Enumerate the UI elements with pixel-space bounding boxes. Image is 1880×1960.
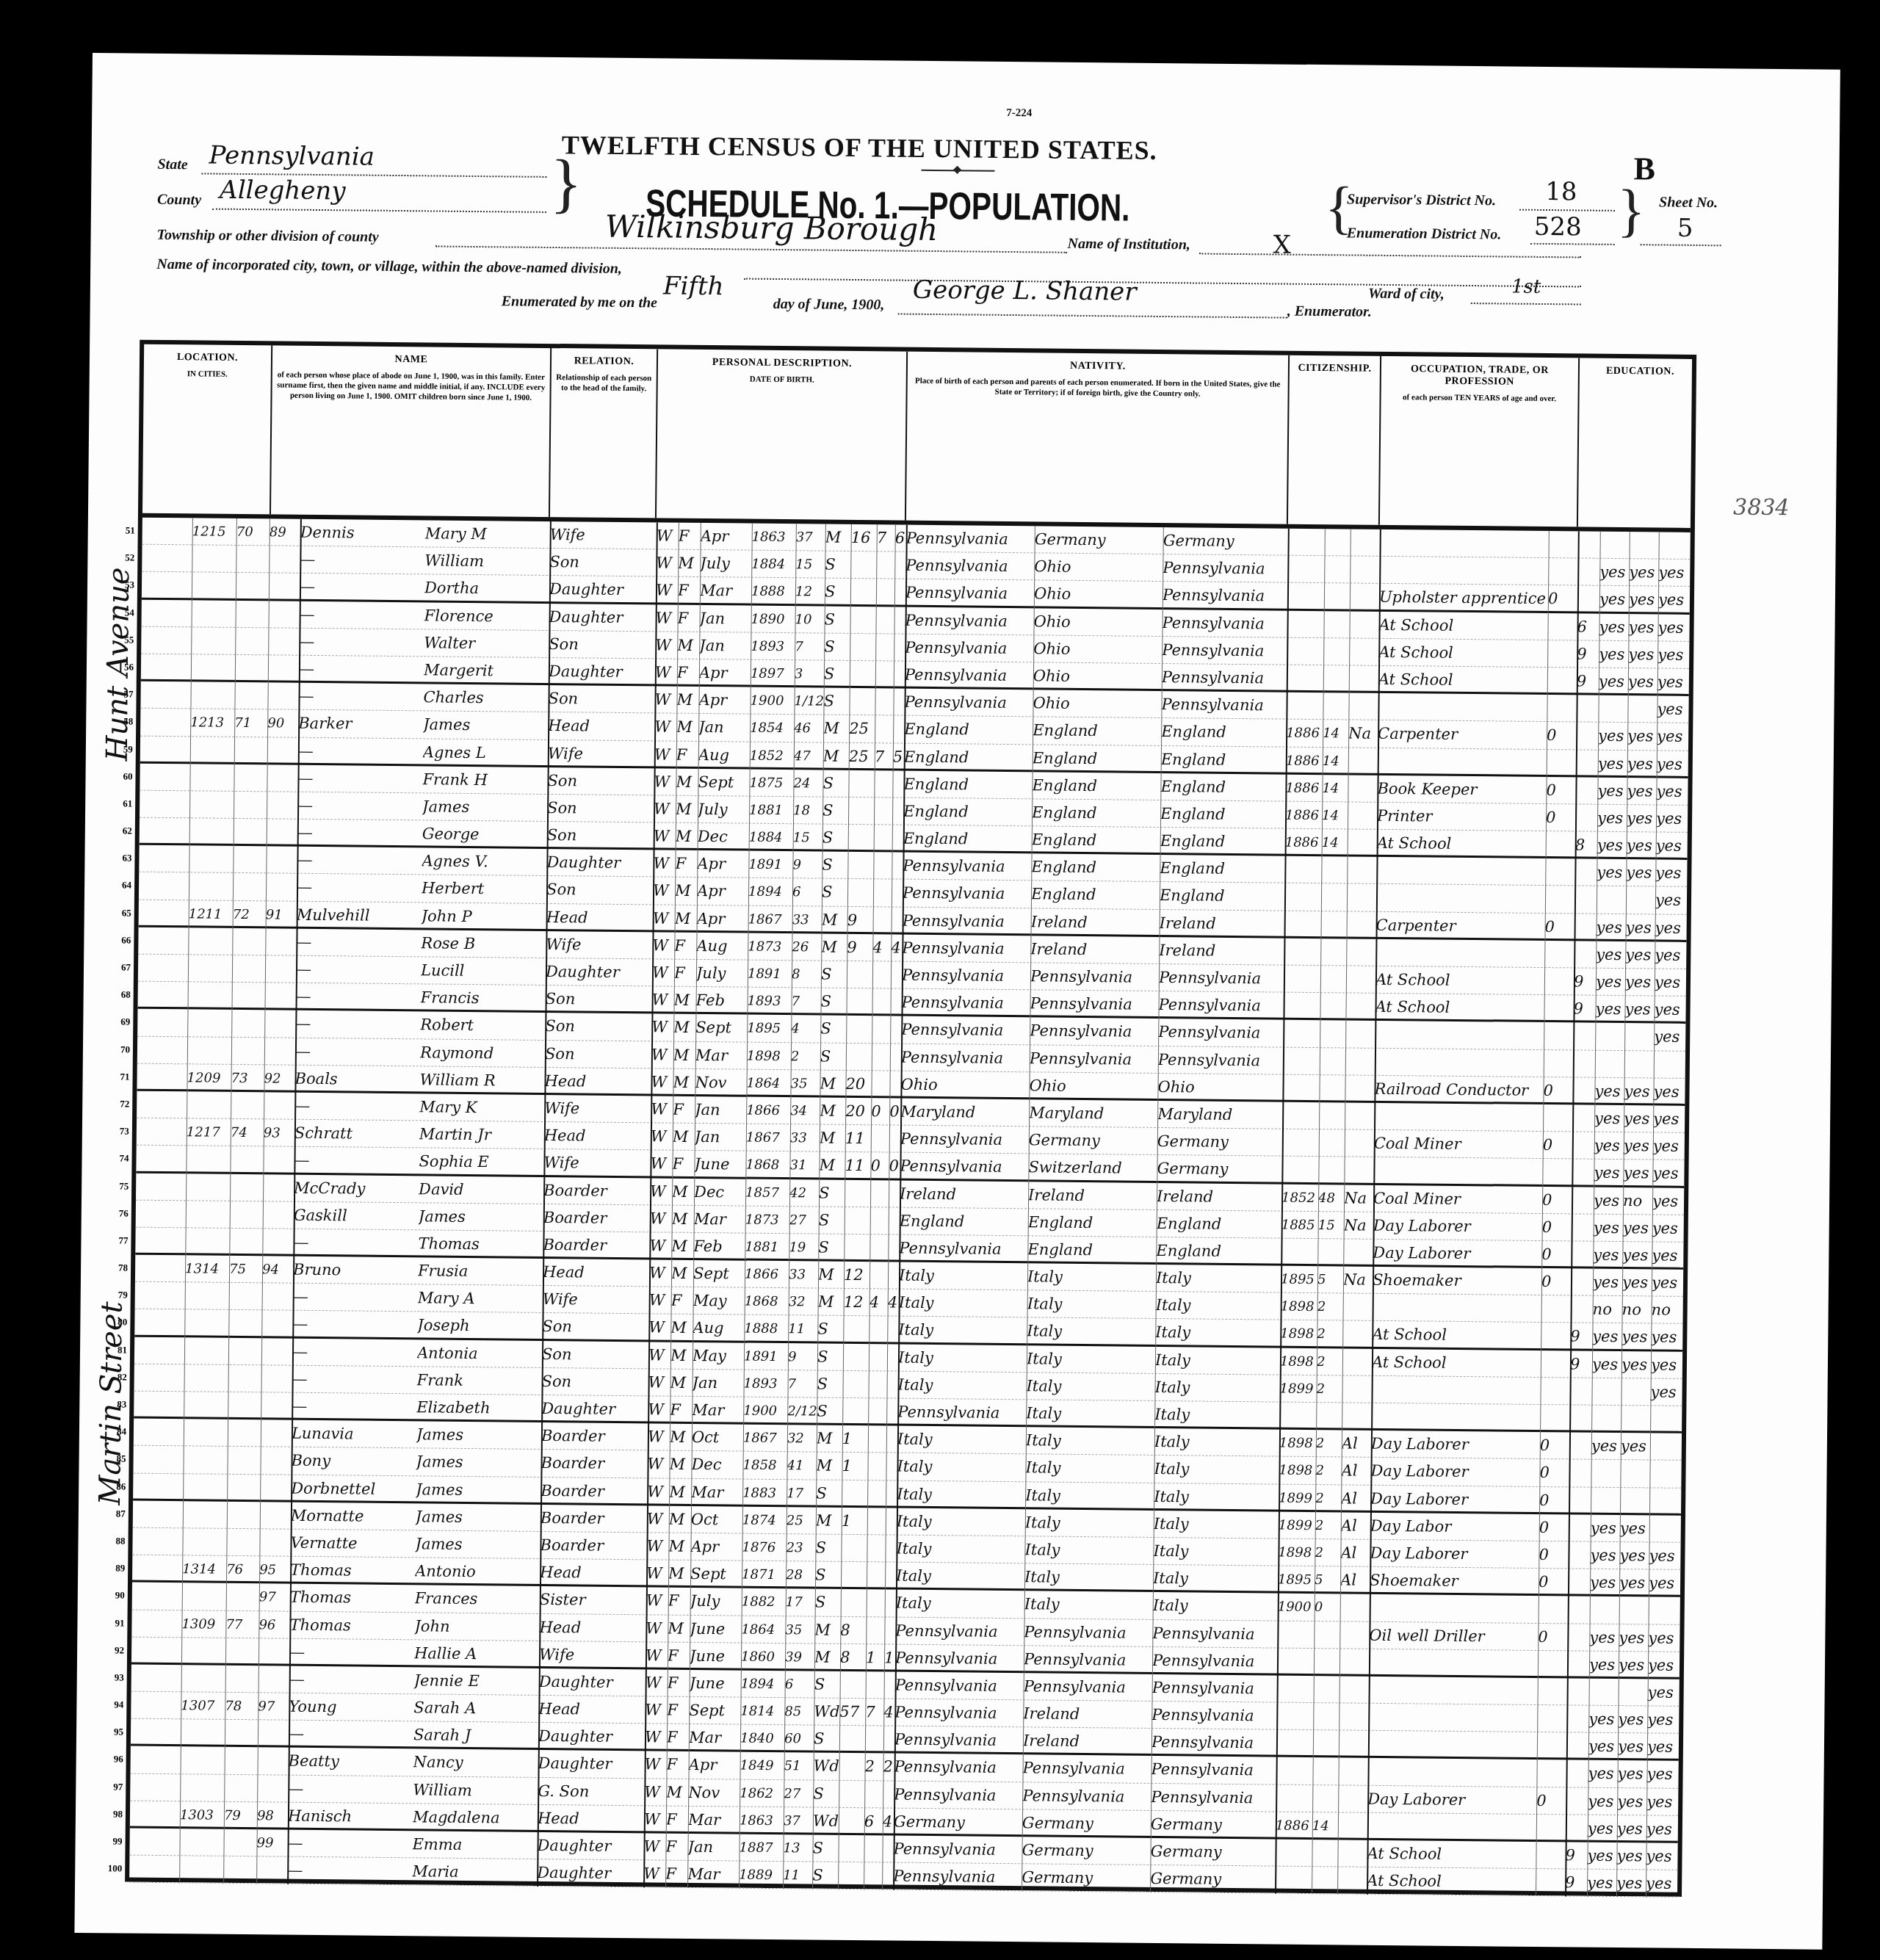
cell-write: yes bbox=[1624, 1078, 1653, 1104]
cell-english: yes bbox=[1657, 668, 1687, 694]
line-number: 96 bbox=[101, 1754, 123, 1765]
cell-english: yes bbox=[1646, 1843, 1675, 1870]
cell-mother-birth: Pennsylvania bbox=[1163, 554, 1287, 582]
cell-year: 1840 bbox=[740, 1725, 784, 1751]
cell-months-unemp bbox=[1547, 668, 1577, 693]
cell-relation: Son bbox=[547, 822, 654, 848]
cell-month: Jan bbox=[687, 1834, 739, 1861]
cell-occupation bbox=[1368, 1731, 1537, 1757]
cell-year: 1887 bbox=[739, 1834, 783, 1862]
cell-school bbox=[1566, 1815, 1588, 1840]
cell-mother-of bbox=[873, 853, 892, 879]
cell-imm-year bbox=[1281, 1157, 1318, 1182]
group-relation: RELATION.Relationship of each person to … bbox=[550, 348, 658, 518]
enumerator-label: , Enumerator. bbox=[1287, 303, 1372, 321]
cell-year: 1874 bbox=[742, 1506, 787, 1533]
cell-sex: F bbox=[676, 741, 698, 766]
cell-age: 11 bbox=[788, 1316, 817, 1342]
cell-age: 27 bbox=[789, 1207, 819, 1234]
cell-month: Sept bbox=[698, 769, 749, 796]
cell-month: Aug bbox=[693, 1314, 744, 1340]
cell-write: yes bbox=[1619, 1569, 1649, 1595]
line-number: 72 bbox=[107, 1098, 129, 1110]
cell-months-unemp bbox=[1545, 858, 1574, 886]
cell-color: W bbox=[654, 687, 676, 713]
cell-english bbox=[1654, 1051, 1683, 1078]
cell-month: Jan bbox=[695, 1124, 746, 1151]
cell-write: yes bbox=[1626, 859, 1655, 886]
cell-yrs-married bbox=[850, 661, 875, 687]
cell-yrs-married: 16 bbox=[851, 524, 877, 552]
cell-relation: Wife bbox=[550, 521, 657, 549]
cell-sex: M bbox=[678, 550, 700, 576]
cell-sex: M bbox=[676, 768, 698, 795]
cell-relation: Daughter bbox=[537, 1832, 643, 1860]
cell-given: Margerit bbox=[424, 657, 549, 683]
cell-dwelling: 70 bbox=[236, 518, 270, 546]
cell-surname: Schratt bbox=[294, 1120, 419, 1148]
cell-year: 1900 bbox=[743, 1397, 787, 1423]
cell-months-unemp: 0 bbox=[1545, 914, 1574, 939]
cell-surname: — bbox=[297, 792, 422, 820]
cell-write bbox=[1620, 1460, 1649, 1487]
cell-house bbox=[187, 1091, 231, 1118]
cell-school bbox=[1572, 1187, 1594, 1213]
cell-relation: Son bbox=[547, 767, 654, 795]
cell-month: Apr bbox=[699, 659, 751, 685]
cell-mother-birth: Pennsylvania bbox=[1162, 637, 1287, 665]
cell-natz: Al bbox=[1341, 1512, 1370, 1539]
cell-school bbox=[1567, 1624, 1589, 1650]
cell-occupation: At School bbox=[1372, 1348, 1541, 1376]
cell-natz bbox=[1345, 994, 1375, 1019]
cell-sex: M bbox=[675, 878, 697, 904]
cell-yrs-us bbox=[1320, 1048, 1345, 1075]
cell-imm-year: 1895 bbox=[1281, 1266, 1317, 1293]
cell-marital: S bbox=[825, 579, 850, 604]
cell-family bbox=[267, 819, 296, 845]
cell-english bbox=[1649, 1488, 1679, 1514]
cell-english: yes bbox=[1649, 1542, 1678, 1569]
cell-natz bbox=[1342, 1348, 1372, 1375]
cell-dwelling: 77 bbox=[225, 1610, 258, 1638]
cell-read bbox=[1590, 1596, 1619, 1624]
cell-write: yes bbox=[1627, 778, 1656, 805]
cell-month: Dec bbox=[691, 1451, 742, 1478]
cell-natz: Al bbox=[1340, 1539, 1370, 1566]
cell-mother-birth: Pennsylvania bbox=[1152, 1647, 1277, 1674]
cell-yrs-us: 2 bbox=[1317, 1293, 1343, 1320]
cell-yrs-married: 8 bbox=[840, 1644, 866, 1670]
cell-birth: Pennsylvania bbox=[894, 1754, 1022, 1782]
cell-dwelling bbox=[234, 792, 267, 819]
cell-yrs-married bbox=[848, 825, 874, 850]
cell-months-unemp bbox=[1536, 1815, 1566, 1840]
cell-natz bbox=[1350, 584, 1379, 610]
cell-yrs-us bbox=[1320, 1020, 1345, 1047]
cell-write: yes bbox=[1617, 1788, 1646, 1815]
cell-dwelling bbox=[235, 628, 268, 655]
cell-marital: S bbox=[821, 961, 847, 988]
cell-school bbox=[1575, 804, 1597, 831]
cell-house bbox=[185, 1283, 229, 1310]
cell-write: yes bbox=[1626, 914, 1655, 940]
cell-house bbox=[191, 654, 235, 680]
cell-age: 8 bbox=[792, 961, 821, 988]
cell-age: 27 bbox=[784, 1780, 813, 1807]
cell-months-unemp bbox=[1542, 1159, 1572, 1185]
cell-age: 37 bbox=[796, 524, 825, 551]
cell-yrs-us bbox=[1312, 1757, 1338, 1784]
cell-marital: S bbox=[823, 688, 849, 715]
cell-surname: — bbox=[295, 1010, 420, 1038]
cell-sex: F bbox=[672, 1151, 694, 1176]
cell-father-birth: Italy bbox=[1026, 1400, 1154, 1426]
cell-school: 9 bbox=[1565, 1842, 1587, 1868]
cell-birth: Pennsylvania bbox=[903, 880, 1031, 908]
cell-mother-birth: England bbox=[1156, 1237, 1281, 1264]
cell-imm-year: 1886 bbox=[1285, 829, 1322, 855]
cell-write: yes bbox=[1619, 1624, 1648, 1652]
cell-family: 97 bbox=[258, 1693, 287, 1720]
cell-color: W bbox=[645, 1724, 667, 1749]
cell-color: W bbox=[646, 1642, 668, 1667]
state-label: State bbox=[157, 156, 187, 173]
cell-color: W bbox=[655, 659, 677, 684]
cell-color: W bbox=[656, 550, 678, 576]
cell-family bbox=[260, 1502, 289, 1529]
cell-family bbox=[269, 546, 298, 574]
cell-relation: Head bbox=[539, 1613, 646, 1641]
cell-color: W bbox=[653, 850, 675, 877]
line-number: 93 bbox=[102, 1671, 124, 1683]
line-number: 97 bbox=[101, 1781, 123, 1793]
cell-birth: Pennsylvania bbox=[894, 1699, 1023, 1727]
cell-mother-birth: England bbox=[1160, 828, 1285, 854]
cell-age: 15 bbox=[793, 824, 822, 850]
cell-father-birth: England bbox=[1032, 799, 1160, 827]
cell-mother-birth: Pennsylvania bbox=[1158, 991, 1283, 1018]
cell-marital: S bbox=[824, 661, 850, 687]
cell-surname: — bbox=[292, 1366, 417, 1394]
cell-natz: Al bbox=[1341, 1485, 1370, 1511]
cell-father-birth: Switzerland bbox=[1028, 1154, 1157, 1181]
population-table: LOCATION.IN CITIES. NAMEof each person w… bbox=[125, 340, 1696, 1897]
cell-yrs-married bbox=[846, 1016, 872, 1043]
cell-birth: Pennsylvania bbox=[900, 1153, 1028, 1179]
cell-write bbox=[1619, 1596, 1649, 1624]
cell-marital: M bbox=[816, 1453, 842, 1480]
cell-mother-of bbox=[867, 1453, 886, 1480]
cell-yrs-us: 0 bbox=[1315, 1594, 1340, 1621]
cell-sex: M bbox=[671, 1233, 693, 1258]
cell-house bbox=[179, 1856, 223, 1883]
cell-house bbox=[189, 791, 234, 818]
cell-mother-of bbox=[875, 634, 894, 660]
cell-write: yes bbox=[1622, 1269, 1652, 1296]
cell-father-birth: Italy bbox=[1027, 1263, 1156, 1291]
cell-house bbox=[188, 955, 232, 982]
cell-marital: M bbox=[820, 1070, 845, 1096]
cell-sex: M bbox=[673, 1124, 695, 1150]
cell-year: 1893 bbox=[743, 1370, 787, 1397]
cell-color: W bbox=[656, 577, 678, 602]
cell-given: James bbox=[416, 1476, 540, 1502]
cell-yrs-married bbox=[844, 1234, 869, 1260]
cell-year: 1891 bbox=[748, 961, 792, 988]
cell-natz bbox=[1346, 939, 1375, 966]
cell-months-unemp: 0 bbox=[1541, 1241, 1571, 1267]
cell-natz: Na bbox=[1344, 1212, 1373, 1239]
cell-imm-year bbox=[1276, 1757, 1312, 1784]
cell-color: W bbox=[644, 1806, 666, 1831]
cell-yrs-married: 20 bbox=[845, 1098, 871, 1125]
cell-month: Apr bbox=[697, 850, 748, 878]
cell-school bbox=[1568, 1569, 1590, 1594]
cell-mother-of bbox=[865, 1726, 883, 1751]
cell-occupation: At School bbox=[1375, 966, 1544, 994]
line-number: 68 bbox=[109, 988, 131, 1000]
cell-imm-year: 1885 bbox=[1281, 1211, 1318, 1238]
cell-dwelling bbox=[233, 873, 266, 900]
cell-natz bbox=[1345, 1048, 1375, 1075]
cell-relation: Daughter bbox=[539, 1668, 646, 1696]
group-name: NAMEof each person whose place of abode … bbox=[271, 345, 552, 517]
cell-given: Sarah J bbox=[413, 1722, 538, 1749]
cell-read: yes bbox=[1599, 559, 1629, 586]
cell-yrs-us bbox=[1319, 1129, 1345, 1157]
cell-father-birth: Germany bbox=[1029, 1127, 1157, 1154]
cell-month: June bbox=[690, 1615, 741, 1642]
cell-imm-year bbox=[1287, 665, 1323, 691]
cell-read: yes bbox=[1598, 750, 1627, 775]
cell-family: 96 bbox=[258, 1611, 288, 1638]
cell-family bbox=[258, 1721, 287, 1746]
cell-read: yes bbox=[1593, 1269, 1622, 1296]
cell-mother-of bbox=[869, 1317, 887, 1342]
line-number: 75 bbox=[106, 1180, 129, 1192]
cell-mother-birth: Pennsylvania bbox=[1151, 1756, 1276, 1784]
cell-mother-of bbox=[872, 1016, 890, 1043]
cell-house bbox=[192, 600, 236, 627]
line-number: 60 bbox=[110, 770, 132, 782]
cell-imm-year bbox=[1283, 993, 1320, 1019]
cell-months-unemp: 0 bbox=[1546, 804, 1575, 831]
cell-school bbox=[1569, 1514, 1591, 1541]
cell-read: yes bbox=[1596, 969, 1625, 996]
cell-color: W bbox=[647, 1478, 669, 1503]
cell-school bbox=[1577, 586, 1599, 611]
cell-relation: Wife bbox=[548, 739, 654, 766]
cell-yrs-us bbox=[1323, 611, 1349, 638]
cell-sex: F bbox=[665, 1834, 687, 1860]
cell-family: 90 bbox=[267, 710, 297, 737]
cell-english: yes bbox=[1647, 1679, 1677, 1706]
cell-age: 18 bbox=[793, 797, 822, 824]
cell-mother-birth: Pennsylvania bbox=[1151, 1729, 1276, 1755]
cell-color: W bbox=[644, 1751, 666, 1778]
cell-family: 93 bbox=[264, 1119, 293, 1146]
cell-age: 35 bbox=[790, 1070, 820, 1096]
cell-color: W bbox=[647, 1505, 669, 1532]
cell-dwelling bbox=[225, 1666, 258, 1693]
cell-yrs-married bbox=[847, 961, 872, 988]
cell-occupation: Day Laborer bbox=[1373, 1240, 1541, 1266]
cell-mother-of bbox=[869, 1344, 887, 1370]
cell-given: William bbox=[424, 548, 549, 576]
cell-imm-year: 1898 bbox=[1279, 1457, 1315, 1484]
cell-months-unemp bbox=[1537, 1732, 1566, 1758]
cell-months-unemp: 0 bbox=[1542, 1214, 1572, 1241]
cell-mother-of bbox=[867, 1590, 885, 1616]
cell-color: W bbox=[643, 1833, 665, 1859]
cell-age: 15 bbox=[795, 551, 825, 578]
cell-imm-year bbox=[1283, 1020, 1320, 1047]
cell-color: W bbox=[648, 1342, 670, 1368]
cell-read: no bbox=[1592, 1296, 1621, 1323]
cell-yrs-us: 14 bbox=[1322, 802, 1348, 829]
cell-occupation: Day Laborer bbox=[1370, 1485, 1539, 1511]
cell-house bbox=[189, 764, 234, 791]
cell-family: 97 bbox=[259, 1584, 289, 1611]
cell-imm-year: 1898 bbox=[1280, 1348, 1317, 1375]
cell-sex: M bbox=[676, 687, 698, 713]
cell-mother-of bbox=[867, 1508, 886, 1534]
cell-house bbox=[186, 1201, 230, 1228]
cell-natz bbox=[1348, 802, 1377, 829]
cell-sex: F bbox=[679, 523, 701, 549]
cell-marital: S bbox=[816, 1480, 842, 1505]
cell-family bbox=[263, 1147, 292, 1173]
cell-write: yes bbox=[1621, 1433, 1650, 1460]
cell-marital: S bbox=[822, 852, 847, 879]
cell-given: Elizabeth bbox=[416, 1394, 541, 1420]
cell-marital: S bbox=[815, 1589, 841, 1616]
cell-relation: Son bbox=[545, 1041, 651, 1068]
cell-relation: Daughter bbox=[549, 604, 655, 632]
cell-sex: F bbox=[665, 1861, 687, 1887]
cell-months-unemp bbox=[1548, 531, 1577, 558]
cell-house bbox=[187, 1010, 231, 1037]
cell-marital: S bbox=[817, 1398, 842, 1424]
cell-family bbox=[268, 628, 297, 655]
cell-year: 1867 bbox=[748, 905, 792, 931]
cell-relation: Boarder bbox=[540, 1505, 647, 1533]
cell-write: yes bbox=[1623, 1160, 1652, 1185]
cell-school bbox=[1572, 1104, 1594, 1131]
cell-given: Frank H bbox=[422, 766, 547, 794]
cell-months-unemp bbox=[1536, 1842, 1565, 1869]
line-number: 89 bbox=[103, 1562, 125, 1574]
cell-school bbox=[1572, 1160, 1594, 1185]
table-body: 5112157089DennisMary MWifeWFApr186337M16… bbox=[129, 518, 1691, 1898]
cell-yrs-married: 20 bbox=[845, 1071, 871, 1096]
cell-given: William R bbox=[419, 1066, 544, 1093]
cell-family bbox=[262, 1229, 292, 1254]
cell-mother-birth: Germany bbox=[1157, 1128, 1282, 1156]
cell-yrs-married bbox=[838, 1835, 864, 1862]
cell-relation: Son bbox=[542, 1313, 648, 1339]
cell-year: 1867 bbox=[743, 1425, 787, 1452]
cell-natz bbox=[1349, 611, 1378, 638]
cell-father-birth: Italy bbox=[1025, 1509, 1154, 1537]
cell-mother-of bbox=[868, 1398, 886, 1423]
cell-year: 1852 bbox=[750, 742, 794, 767]
cell-color: W bbox=[654, 741, 676, 766]
cell-father-birth: Pennsylvania bbox=[1022, 1755, 1151, 1783]
cell-yrs-us: 48 bbox=[1318, 1185, 1344, 1212]
cell-given: Rose B bbox=[421, 930, 546, 958]
cell-surname: — bbox=[287, 1857, 412, 1885]
cell-dwelling bbox=[225, 1720, 258, 1746]
cell-house bbox=[184, 1364, 228, 1392]
cell-yrs-married: 57 bbox=[839, 1699, 865, 1726]
cell-english: yes bbox=[1654, 1024, 1683, 1051]
cell-house: 1213 bbox=[190, 709, 234, 737]
cell-read: yes bbox=[1597, 777, 1627, 804]
cell-months-unemp bbox=[1541, 1295, 1570, 1323]
cell-yrs-us: 14 bbox=[1323, 748, 1348, 773]
cell-imm-year bbox=[1275, 1840, 1312, 1867]
cell-color: W bbox=[654, 768, 676, 795]
cell-mother-of bbox=[876, 552, 894, 578]
cell-given: William bbox=[413, 1776, 538, 1804]
cell-read bbox=[1588, 1679, 1618, 1706]
cell-birth: England bbox=[900, 1207, 1028, 1235]
cell-family: 95 bbox=[259, 1556, 289, 1582]
cell-dwelling bbox=[230, 1146, 263, 1172]
cell-birth: England bbox=[903, 770, 1032, 798]
cell-marital: M bbox=[818, 1289, 844, 1316]
cell-color: W bbox=[652, 987, 674, 1012]
cell-given: John P bbox=[422, 903, 546, 929]
cell-imm-year bbox=[1284, 911, 1321, 936]
cell-natz: Na bbox=[1348, 720, 1378, 748]
line-number: 71 bbox=[108, 1071, 130, 1082]
cell-father-birth: Maryland bbox=[1029, 1099, 1157, 1127]
cell-surname: Dennis bbox=[300, 519, 425, 547]
cell-house: 1209 bbox=[187, 1064, 231, 1090]
cell-age: 7 bbox=[791, 988, 820, 1013]
group-personal-description: PERSONAL DESCRIPTION.DATE OF BIRTH. bbox=[657, 349, 908, 520]
cell-month: Mar bbox=[687, 1861, 739, 1888]
cell-father-birth: Ireland bbox=[1031, 908, 1160, 935]
cell-year: 1854 bbox=[750, 715, 794, 742]
cell-dwelling bbox=[227, 1474, 260, 1500]
cell-dwelling bbox=[232, 983, 265, 1008]
cell-mother-birth: Pennsylvania bbox=[1163, 582, 1287, 608]
line-number: 61 bbox=[110, 798, 132, 809]
cell-given: Nancy bbox=[413, 1749, 538, 1777]
cell-read bbox=[1591, 1460, 1620, 1487]
cell-dwelling bbox=[227, 1447, 260, 1474]
cell-read: yes bbox=[1587, 1843, 1616, 1870]
cell-year: 1862 bbox=[740, 1779, 784, 1807]
cell-marital: M bbox=[817, 1425, 842, 1453]
cell-family bbox=[268, 655, 297, 681]
cell-natz bbox=[1351, 529, 1380, 556]
cell-occupation bbox=[1373, 1157, 1542, 1184]
cell-write: yes bbox=[1620, 1515, 1649, 1542]
cell-natz bbox=[1343, 1239, 1373, 1265]
cell-write bbox=[1620, 1488, 1649, 1514]
cell-marital: S bbox=[817, 1370, 842, 1397]
cell-yrs-us bbox=[1319, 1102, 1345, 1129]
cell-father-birth: Pennsylvania bbox=[1024, 1673, 1152, 1701]
cell-write: yes bbox=[1628, 641, 1657, 668]
cell-relation: Son bbox=[542, 1341, 648, 1369]
cell-given: Frusia bbox=[418, 1257, 543, 1285]
